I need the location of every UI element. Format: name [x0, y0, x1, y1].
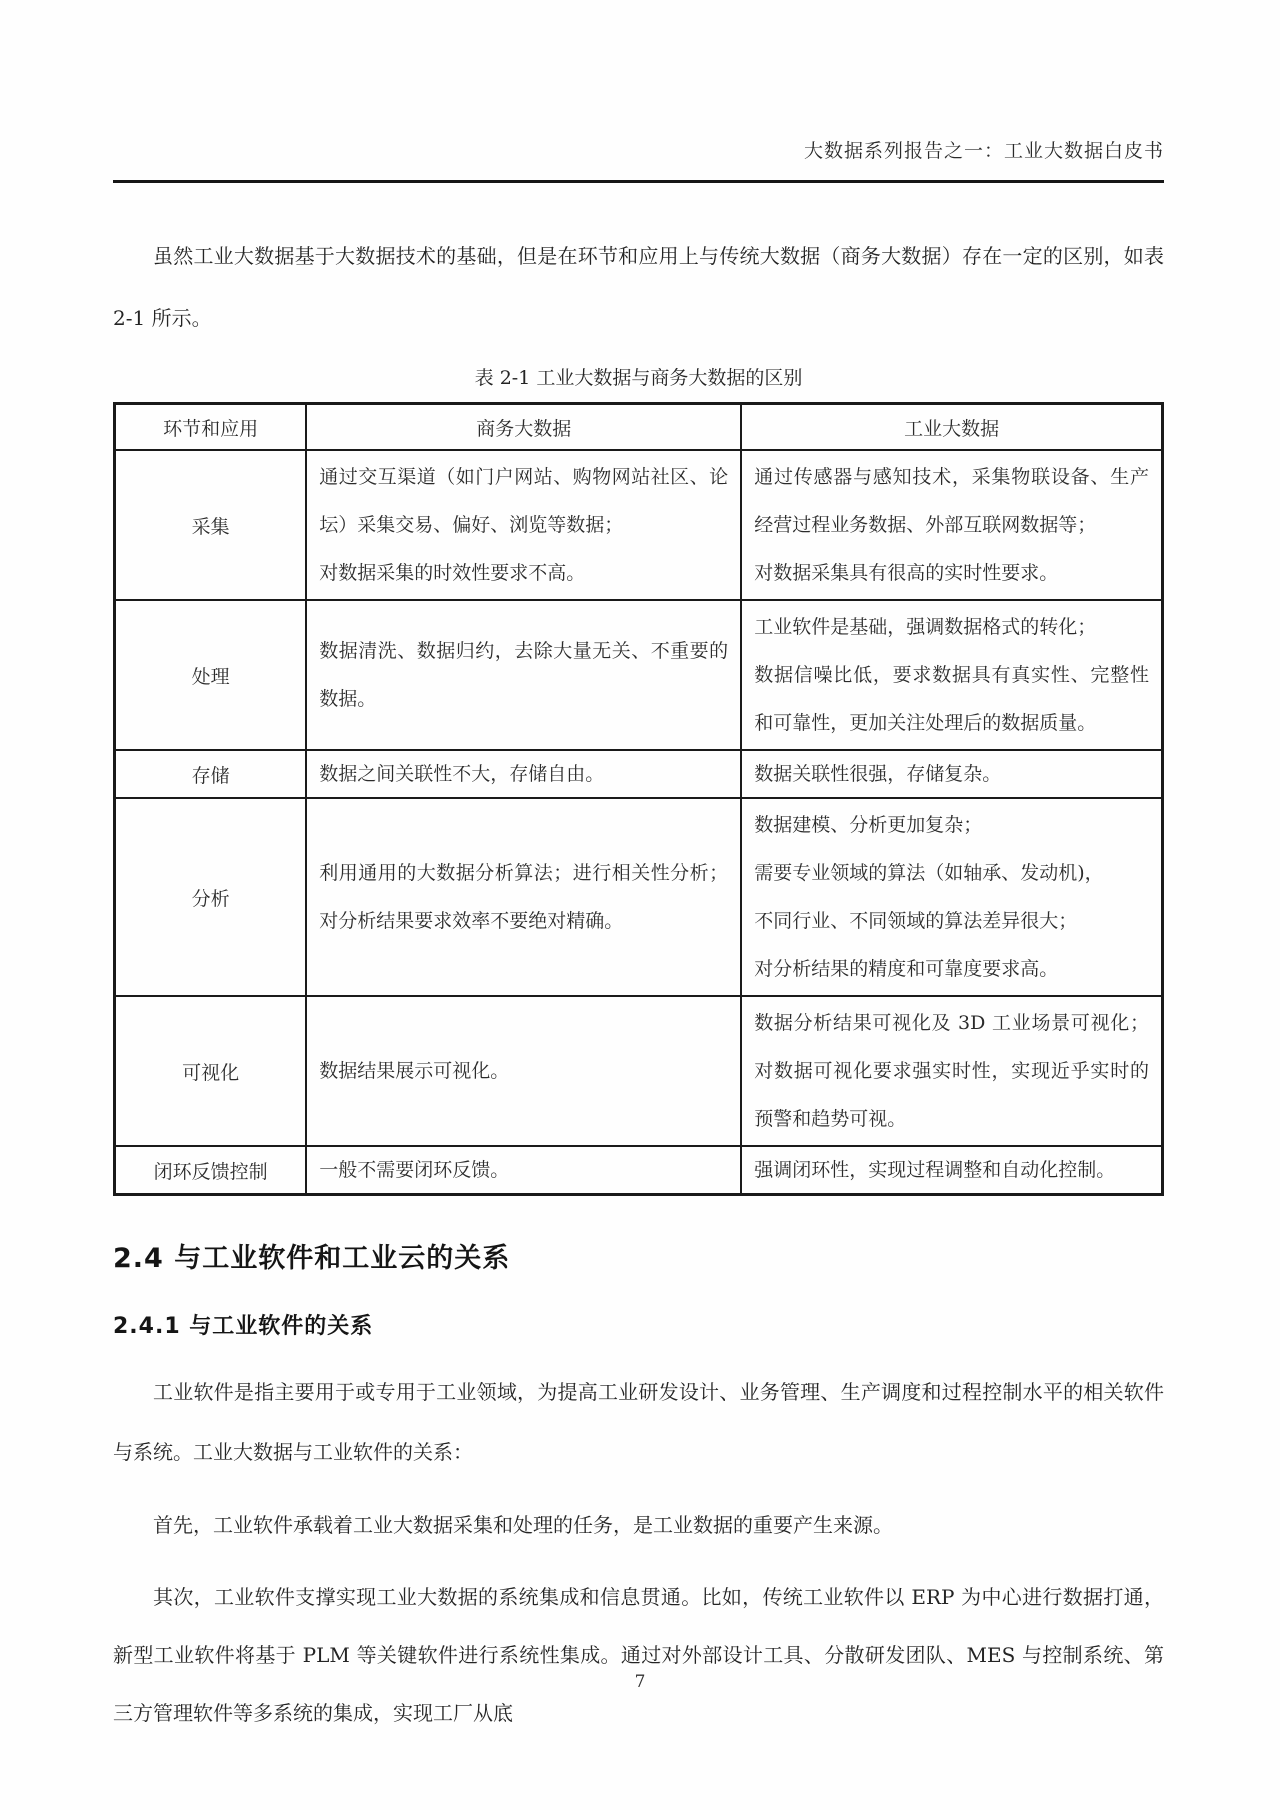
business-cell: 数据清洗、数据归约，去除大量无关、不重要的数据。 [306, 600, 741, 750]
stage-cell: 采集 [115, 450, 307, 600]
table-row: 可视化 数据结果展示可视化。 数据分析结果可视化及 3D 工业场景可视化；对数据… [115, 996, 1163, 1146]
para-second-point: 其次，工业软件支撑实现工业大数据的系统集成和信息贯通。比如，传统工业软件以 ER… [113, 1568, 1164, 1742]
table-row: 采集 通过交互渠道（如门户网站、购物网站社区、论坛）采集交易、偏好、浏览等数据；… [115, 450, 1163, 600]
table-row: 存储 数据之间关联性不大，存储自由。 数据关联性很强，存储复杂。 [115, 750, 1163, 798]
section-heading-2-4: 2.4 与工业软件和工业云的关系 [113, 1236, 1164, 1275]
table-header-row: 环节和应用 商务大数据 工业大数据 [115, 404, 1163, 451]
document-page: 大数据系列报告之一：工业大数据白皮书 虽然工业大数据基于大数据技术的基础，但是在… [0, 0, 1280, 1810]
running-header: 大数据系列报告之一：工业大数据白皮书 [113, 136, 1164, 163]
intro-paragraph: 虽然工业大数据基于大数据技术的基础，但是在环节和应用上与传统大数据（商务大数据）… [113, 225, 1164, 349]
para-first-point: 首先，工业软件承载着工业大数据采集和处理的任务，是工业数据的重要产生来源。 [113, 1496, 1164, 1554]
table-caption: 表 2-1 工业大数据与商务大数据的区别 [113, 363, 1164, 390]
section-heading-2-4-1: 2.4.1 与工业软件的关系 [113, 1309, 1164, 1340]
industrial-cell: 通过传感器与感知技术，采集物联设备、生产经营过程业务数据、外部互联网数据等； 对… [741, 450, 1162, 600]
industrial-cell: 数据分析结果可视化及 3D 工业场景可视化；对数据可视化要求强实时性，实现近乎实… [741, 996, 1162, 1146]
table-row: 处理 数据清洗、数据归约，去除大量无关、不重要的数据。 工业软件是基础，强调数据… [115, 600, 1163, 750]
stage-cell: 存储 [115, 750, 307, 798]
industrial-cell: 工业软件是基础，强调数据格式的转化； 数据信噪比低，要求数据具有真实性、完整性和… [741, 600, 1162, 750]
table-row: 分析 利用通用的大数据分析算法；进行相关性分析；对分析结果要求效率不要绝对精确。… [115, 798, 1163, 996]
stage-cell: 分析 [115, 798, 307, 996]
business-cell: 利用通用的大数据分析算法；进行相关性分析；对分析结果要求效率不要绝对精确。 [306, 798, 741, 996]
col-header-business: 商务大数据 [306, 404, 741, 451]
industrial-cell: 数据建模、分析更加复杂； 需要专业领域的算法（如轴承、发动机)， 不同行业、不同… [741, 798, 1162, 996]
comparison-table: 环节和应用 商务大数据 工业大数据 采集 通过交互渠道（如门户网站、购物网站社区… [113, 402, 1164, 1196]
industrial-cell: 强调闭环性，实现过程调整和自动化控制。 [741, 1146, 1162, 1195]
industrial-cell: 数据关联性很强，存储复杂。 [741, 750, 1162, 798]
stage-cell: 闭环反馈控制 [115, 1146, 307, 1195]
header-rule [113, 180, 1164, 183]
business-cell: 一般不需要闭环反馈。 [306, 1146, 741, 1195]
col-header-industrial: 工业大数据 [741, 404, 1162, 451]
col-header-stage: 环节和应用 [115, 404, 307, 451]
stage-cell: 处理 [115, 600, 307, 750]
page-number: 7 [0, 1672, 1280, 1692]
para-industrial-software-definition: 工业软件是指主要用于或专用于工业领域，为提高工业研发设计、业务管理、生产调度和过… [113, 1362, 1164, 1482]
table-row: 闭环反馈控制 一般不需要闭环反馈。 强调闭环性，实现过程调整和自动化控制。 [115, 1146, 1163, 1195]
stage-cell: 可视化 [115, 996, 307, 1146]
business-cell: 数据之间关联性不大，存储自由。 [306, 750, 741, 798]
business-cell: 数据结果展示可视化。 [306, 996, 741, 1146]
business-cell: 通过交互渠道（如门户网站、购物网站社区、论坛）采集交易、偏好、浏览等数据； 对数… [306, 450, 741, 600]
